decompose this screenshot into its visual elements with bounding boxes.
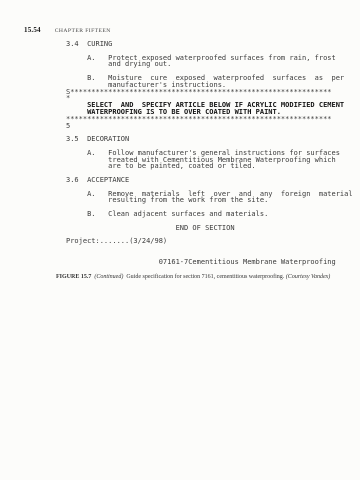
scanned-document-page: 15.54 CHAPTER FIFTEEN 3.4 CURING A. Prot… [0,0,360,480]
spec-line: 5 [66,123,353,130]
spec-line: END OF SECTION [66,225,353,232]
spec-line [66,245,353,252]
spec-line: 07161-7Cementitious Membrane Waterproofi… [66,259,353,266]
spec-line: 3.5 DECORATION [66,136,353,143]
spec-line: S***************************************… [66,89,353,96]
spec-line: are to be painted, coated or tiled. [66,163,353,170]
spec-line: ****************************************… [66,116,353,123]
spec-line: and drying out. [66,61,353,68]
chapter-running-head: CHAPTER FIFTEEN [55,28,111,34]
spec-lines: 3.4 CURING A. Protect exposed waterproof… [66,41,353,265]
figure-caption-courtesy: (Courtesy Vandex) [286,274,331,280]
spec-line: 3.6 ACCEPTANCE [66,177,353,184]
figure-caption-label: FIGURE 15.7 [56,274,91,280]
figure-caption-text: Guide specification for section 7161, ce… [126,274,284,280]
spec-line: B. Clean adjacent surfaces and materials… [66,211,353,218]
figure-caption: FIGURE 15.7 (Continued) Guide specificat… [56,273,343,281]
spec-line: 3.4 CURING [66,41,353,48]
page-header: 15.54 CHAPTER FIFTEEN [24,26,340,34]
page-number: 15.54 [24,26,41,34]
spec-line: Project:.......(3/24/98) [66,238,353,245]
figure-caption-continued: (Continued) [94,274,123,280]
spec-line: resulting from the work from the site. [66,197,353,204]
